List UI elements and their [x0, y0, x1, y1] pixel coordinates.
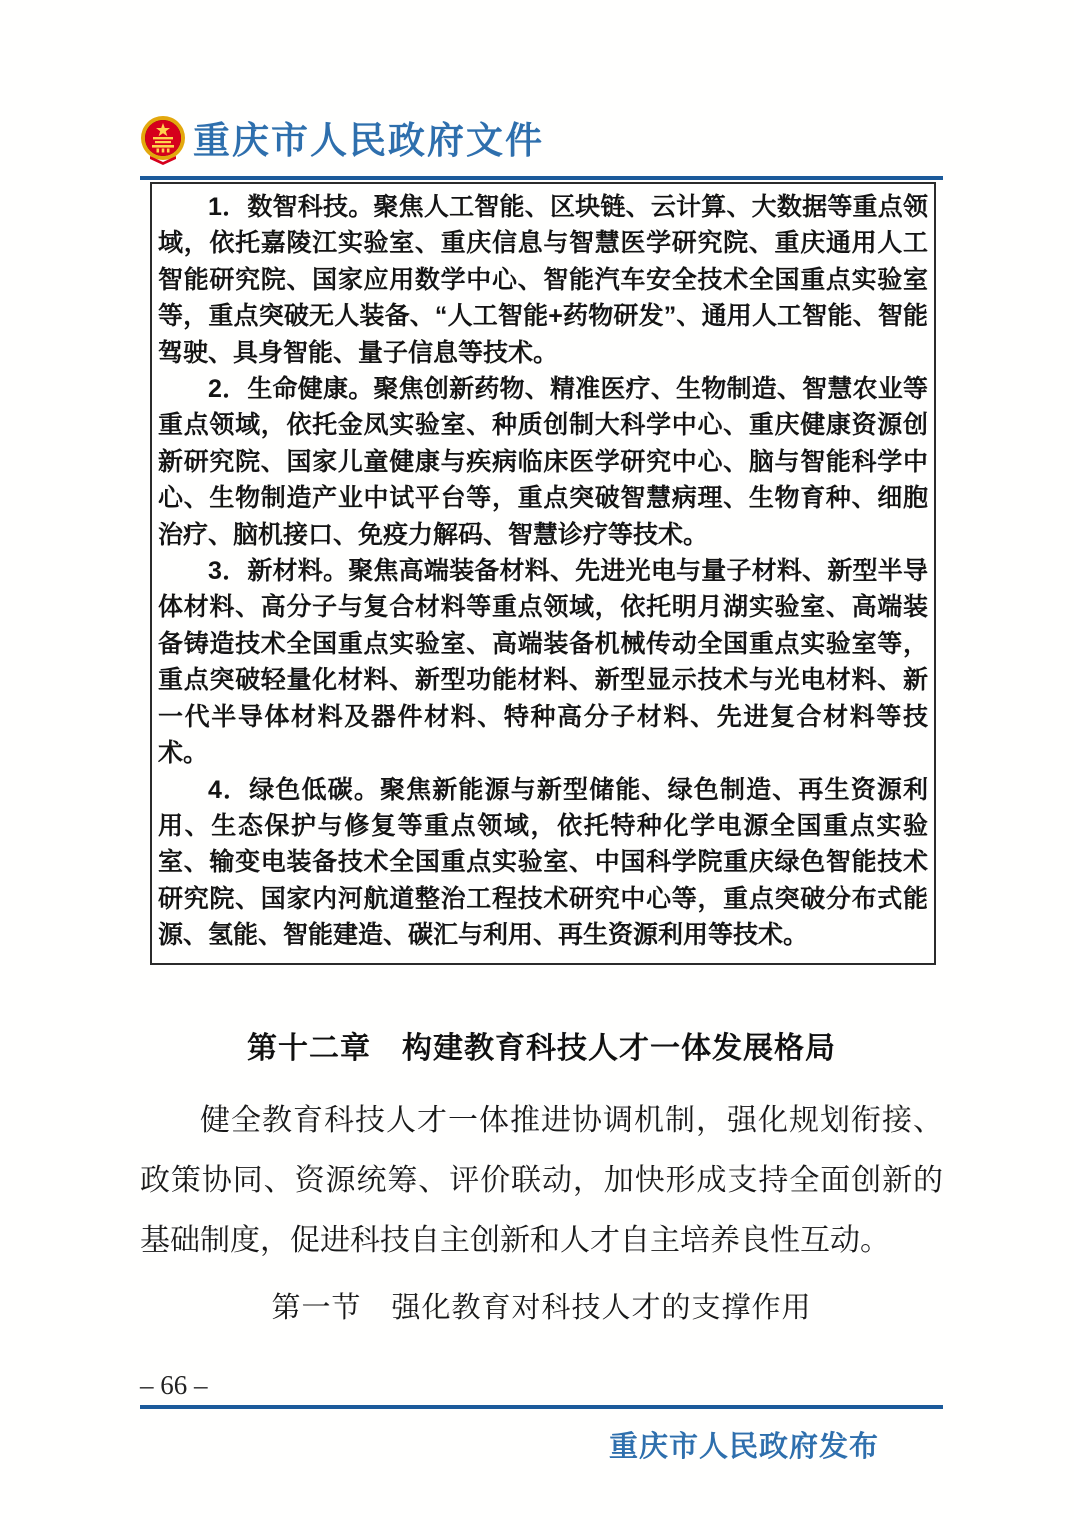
footer-divider — [140, 1405, 943, 1409]
chapter-heading: 第十二章 构建教育科技人才一体发展格局 — [140, 1023, 943, 1067]
box-paragraph-digital-tech: 1．数智科技。聚焦人工智能、区块链、云计算、大数据等重点领域，依托嘉陵江实验室、… — [158, 189, 928, 371]
document-header: 重庆市人民政府文件 — [140, 114, 943, 166]
box-paragraph-new-materials: 3．新材料。聚焦高端装备材料、先进光电与量子材料、新型半导体材料、高分子与复合材… — [158, 553, 928, 771]
header-divider — [140, 176, 943, 180]
header-title: 重庆市人民政府文件 — [193, 122, 544, 159]
section-heading: 第一节 强化教育对科技人才的支撑作用 — [140, 1285, 943, 1326]
body-paragraph: 健全教育科技人才一体推进协调机制，强化规划衔接、政策协同、资源统筹、评价联动，加… — [140, 1091, 943, 1271]
publisher-label: 重庆市人民政府发布 — [140, 1424, 943, 1465]
document-content: 重庆市人民政府文件 1．数智科技。聚焦人工智能、区块链、云计算、大数据等重点领域… — [140, 0, 943, 1465]
key-areas-box: 1．数智科技。聚焦人工智能、区块链、云计算、大数据等重点领域，依托嘉陵江实验室、… — [150, 182, 936, 965]
national-emblem-icon — [140, 115, 186, 165]
box-paragraph-life-health: 2．生命健康。聚焦创新药物、精准医疗、生物制造、智慧农业等重点领域，依托金凤实验… — [158, 371, 928, 553]
box-paragraph-green-lowcarbon: 4．绿色低碳。聚焦新能源与新型储能、绿色制造、再生资源利用、生态保护与修复等重点… — [158, 772, 928, 954]
page-number: – 66 – — [140, 1370, 943, 1401]
document-page: 重庆市人民政府文件 1．数智科技。聚焦人工智能、区块链、云计算、大数据等重点领域… — [0, 0, 1074, 1520]
